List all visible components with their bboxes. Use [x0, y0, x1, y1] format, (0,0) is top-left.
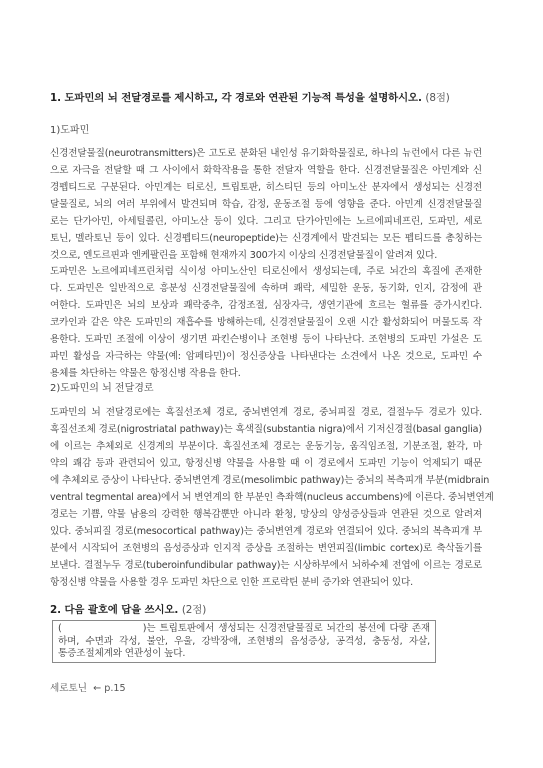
text-line: 토닌, 멜라토닌 등이 있다. 신경펩티드(neuropeptide)는 신경계… [50, 230, 482, 247]
text-line: 에 이르는 추체외로 신경계의 부분이다. 흑질선조체 경로는 운동기능, 움직… [50, 438, 482, 455]
text-line: 경펩티드로 구분된다. 아민계는 티로신, 트립토판, 히스티딘 등의 아미노산… [50, 179, 482, 196]
fill-in-blank-box: ( )는 트립토판에서 생성되는 신경전달물질로 뇌간의 봉선에 다량 존재 하… [52, 620, 436, 663]
text-line: 항정신병 약물을 사용할 경우 도파민 차단으로 인한 프로락틴 분비 증가와 … [50, 574, 482, 591]
answer-text: 세로토닌 ← p.15 [50, 680, 126, 694]
text-line: 분에서 시작되어 조현병의 음성증상과 인지적 증상을 조절하는 변연피질(li… [50, 540, 482, 557]
text-line: 보낸다. 결절누두 경로(tuberoinfundibular pathway)… [50, 557, 482, 574]
text-line: 에 추체외로 증상이 나타난다. 중뇌변연계 경로(mesolimbic pat… [50, 472, 482, 489]
text-line: 달물질로, 뇌의 여러 부위에서 발견되며 학습, 감정, 운동조절 등에 영향… [50, 196, 482, 213]
section-1-heading: 1)도파민 [50, 121, 89, 136]
text-line: 여한다. 도파민은 뇌의 보상과 쾌락중추, 감정조절, 심장자극, 생연기관에… [50, 297, 482, 314]
text-line: 도파민은 노르에피네프린처럼 식이성 아미노산인 티로신에서 생성되는데, 주로… [50, 263, 482, 280]
question-2-points: (2점) [182, 604, 206, 616]
text-line: 것으로, 엔도르핀과 엔케팔린을 포함해 현재까지 300가지 이상의 신경전달… [50, 247, 482, 264]
text-line: 파민 활성을 자극하는 약물(예: 암페타민)이 정신증상을 나타낸다는 소견에… [50, 348, 482, 365]
text-line: 코카인과 같은 약은 도파민의 재흡수를 방해하는데, 신경전달물질이 오랜 시… [50, 314, 482, 331]
paragraph-dopamine: 도파민은 노르에피네프린처럼 식이성 아미노산인 티로신에서 생성되는데, 주로… [50, 263, 482, 382]
box-line: ( )는 트립토판에서 생성되는 신경전달물질로 뇌간의 봉선에 다량 존재 [58, 623, 430, 636]
text-line: 흑질선조체 경로(nigrostriatal pathway)는 흑색질(sub… [50, 421, 482, 438]
question-1-text: 1. 도파민의 뇌 전달경로를 제시하고, 각 경로와 연관된 기능적 특성을 … [50, 92, 422, 104]
text-line: 도파민의 뇌 전달경로에는 흑질선조체 경로, 중뇌변연계 경로, 중뇌피질 경… [50, 404, 482, 421]
question-1-title: 1. 도파민의 뇌 전달경로를 제시하고, 각 경로와 연관된 기능적 특성을 … [50, 89, 450, 104]
text-line: 로는 단가아민, 아세틸콜린, 아미노산 등이 있다. 그리고 단가아민에는 노… [50, 213, 482, 230]
text-line: 다. 도파민은 일반적으로 흥분성 신경전달물질에 속하며 쾌락, 세밀한 운동… [50, 280, 482, 297]
text-line: 용한다. 도파민 조절에 이상이 생기면 파킨슨병이나 조현병 등이 나타난다.… [50, 331, 482, 348]
section-2-heading: 2)도파민의 뇌 전달경로 [50, 379, 154, 394]
paragraph-dopamine-pathways: 도파민의 뇌 전달경로에는 흑질선조체 경로, 중뇌변연계 경로, 중뇌피질 경… [50, 404, 482, 591]
text-line: 으로 자극을 전달할 때 그 사이에서 화학작용을 통한 전달자 역할을 한다.… [50, 162, 482, 179]
text-line: 약의 쾌감 등과 관련되어 있고, 항정신병 약물을 사용할 때 이 경로에서 … [50, 455, 482, 472]
text-line: ventral tegmental area)에서 뇌 변연계의 한 부분인 측… [50, 489, 482, 506]
paragraph-neurotransmitters: 신경전달물질(neurotransmitters)은 고도로 분화된 내인성 유… [50, 145, 482, 264]
box-line: 통증조절체계와 연관성이 높다. [58, 648, 430, 661]
question-2-title: 2. 다음 괄호에 답을 쓰시오. (2점) [50, 601, 206, 616]
text-line: 경로는 기쁨, 약물 남용의 강력한 행복감뿐만 아니라 환청, 망상의 양성증… [50, 506, 482, 523]
question-2-text: 2. 다음 괄호에 답을 쓰시오. [50, 604, 178, 616]
question-1-points: (8점) [425, 92, 449, 104]
text-line: 신경전달물질(neurotransmitters)은 고도로 분화된 내인성 유… [50, 145, 482, 162]
text-line: 있다. 중뇌피질 경로(mesocortical pathway)는 중뇌변연계… [50, 523, 482, 540]
box-line: 하며, 수면과 각성, 불안, 우울, 강박장애, 조현병의 음성증상, 공격성… [58, 636, 430, 649]
